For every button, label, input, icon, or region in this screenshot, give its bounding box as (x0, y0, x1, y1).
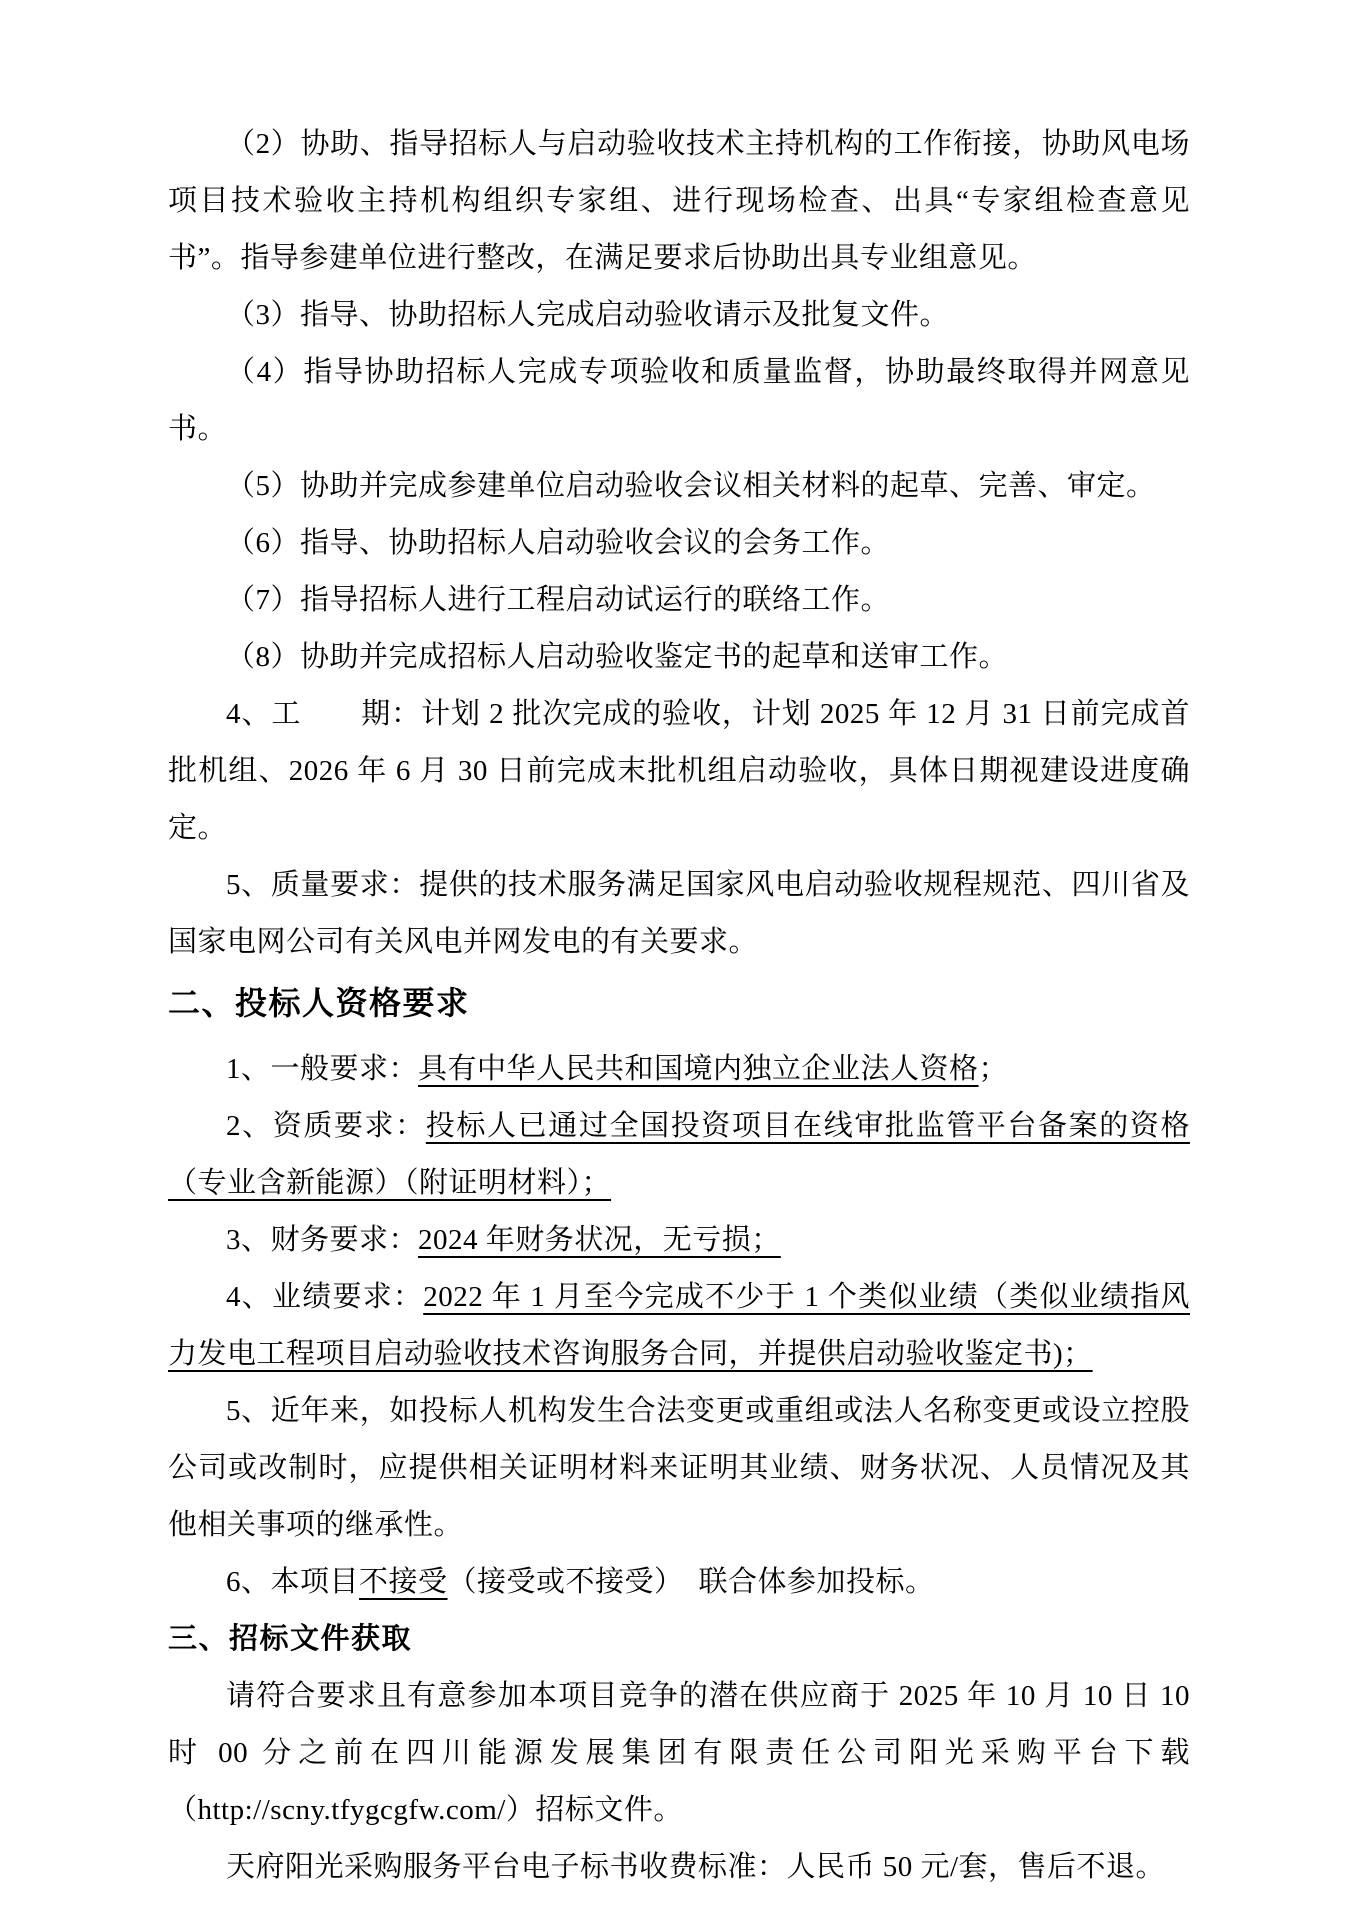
document-content: （2）协助、指导招标人与启动验收技术主持机构的工作衔接，协助风电场项目技术验收主… (168, 116, 1190, 1896)
paragraph: 4、工 期：计划 2 批次完成的验收，计划 2025 年 12 月 31 日前完… (168, 686, 1190, 857)
text-run: ； (979, 1053, 1009, 1085)
underlined-text-run: 具有中华人民共和国境内独立企业法人资格 (418, 1053, 979, 1085)
text-run: （5）协助并完成参建单位启动验收会议相关材料的起草、完善、审定。 (226, 470, 1156, 502)
text-run: 二、投标人资格要求 (168, 985, 470, 1021)
paragraph: （8）协助并完成招标人启动验收鉴定书的起草和送审工作。 (168, 629, 1190, 686)
paragraph: 1、一般要求：具有中华人民共和国境内独立企业法人资格； (168, 1041, 1190, 1098)
text-run: 请符合要求且有意参加本项目竞争的潜在供应商于 2025 年 10 月 10 日 … (168, 1680, 1190, 1826)
text-run: 天府阳光采购服务平台电子标书收费标准：人民币 50 元/套，售后不退。 (226, 1851, 1165, 1883)
paragraph: （2）协助、指导招标人与启动验收技术主持机构的工作衔接，协助风电场项目技术验收主… (168, 116, 1190, 287)
paragraph: 5、质量要求：提供的技术服务满足国家风电启动验收规程规范、四川省及国家电网公司有… (168, 857, 1190, 971)
text-run: （6）指导、协助招标人启动验收会议的会务工作。 (226, 527, 890, 559)
text-run: （2）协助、指导招标人与启动验收技术主持机构的工作衔接，协助风电场项目技术验收主… (168, 128, 1190, 274)
text-run: （4）指导协助招标人完成专项验收和质量监督，协助最终取得并网意见书。 (168, 356, 1190, 445)
underlined-text-run: 2024 年财务状况，无亏损； (418, 1224, 781, 1256)
text-run: （8）协助并完成招标人启动验收鉴定书的起草和送审工作。 (226, 641, 1008, 673)
text-run: 4、业绩要求： (226, 1281, 423, 1313)
text-run: 5、近年来，如投标人机构发生合法变更或重组或法人名称变更或设立控股公司或改制时，… (168, 1395, 1190, 1541)
paragraph: 4、业绩要求：2022 年 1 月至今完成不少于 1 个类似业绩（类似业绩指风力… (168, 1269, 1190, 1383)
paragraph: 请符合要求且有意参加本项目竞争的潜在供应商于 2025 年 10 月 10 日 … (168, 1668, 1190, 1839)
paragraph: 6、本项目不接受（接受或不接受） 联合体参加投标。 (168, 1554, 1190, 1611)
paragraph: 2、资质要求：投标人已通过全国投资项目在线审批监管平台备案的资格（专业含新能源）… (168, 1098, 1190, 1212)
text-run: （3）指导、协助招标人完成启动验收请示及批复文件。 (226, 299, 949, 331)
paragraph: （4）指导协助招标人完成专项验收和质量监督，协助最终取得并网意见书。 (168, 344, 1190, 458)
underlined-text-run: 不接受 (359, 1566, 448, 1598)
text-run: 4、工 期：计划 2 批次完成的验收，计划 2025 年 12 月 31 日前完… (168, 698, 1190, 844)
paragraph: （5）协助并完成参建单位启动验收会议相关材料的起草、完善、审定。 (168, 458, 1190, 515)
section-heading: 二、投标人资格要求 (168, 973, 1190, 1033)
text-run: 3、财务要求： (226, 1224, 418, 1256)
text-run: 三、招标文件获取 (168, 1623, 412, 1655)
paragraph: （6）指导、协助招标人启动验收会议的会务工作。 (168, 515, 1190, 572)
document-page: （2）协助、指导招标人与启动验收技术主持机构的工作衔接，协助风电场项目技术验收主… (0, 0, 1357, 1920)
text-run: 5、质量要求：提供的技术服务满足国家风电启动验收规程规范、四川省及国家电网公司有… (168, 869, 1190, 958)
text-run: （7）指导招标人进行工程启动试运行的联络工作。 (226, 584, 890, 616)
paragraph: 天府阳光采购服务平台电子标书收费标准：人民币 50 元/套，售后不退。 (168, 1839, 1190, 1896)
section-heading: 三、招标文件获取 (168, 1611, 1190, 1668)
text-run: 2、资质要求： (226, 1110, 426, 1142)
paragraph: 5、近年来，如投标人机构发生合法变更或重组或法人名称变更或设立控股公司或改制时，… (168, 1383, 1190, 1554)
paragraph: 3、财务要求：2024 年财务状况，无亏损； (168, 1212, 1190, 1269)
paragraph: （7）指导招标人进行工程启动试运行的联络工作。 (168, 572, 1190, 629)
text-run: （接受或不接受） 联合体参加投标。 (448, 1566, 935, 1598)
text-run: 1、一般要求： (226, 1053, 418, 1085)
paragraph: （3）指导、协助招标人完成启动验收请示及批复文件。 (168, 287, 1190, 344)
text-run: 6、本项目 (226, 1566, 359, 1598)
